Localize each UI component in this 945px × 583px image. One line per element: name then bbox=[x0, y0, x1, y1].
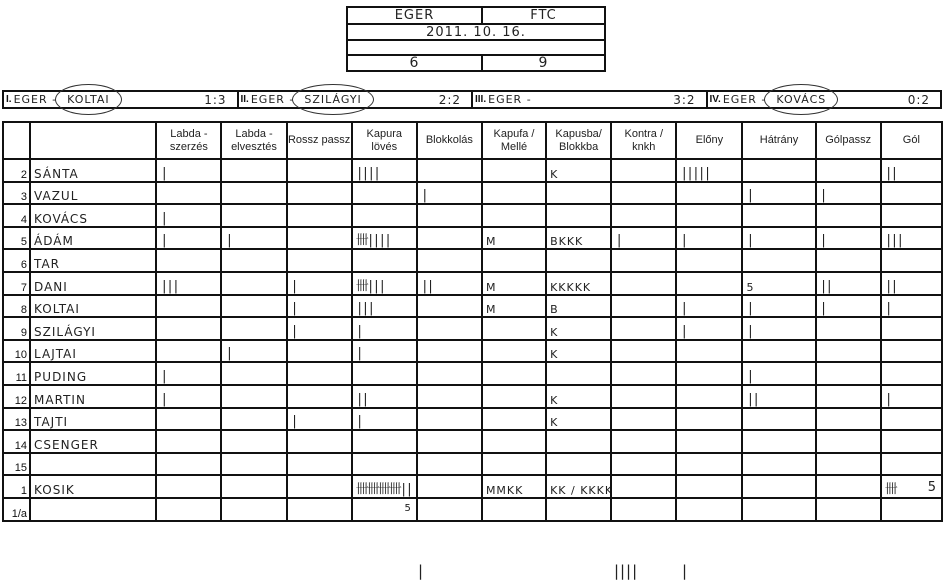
stat-cell bbox=[156, 182, 221, 205]
stat-cell: | bbox=[676, 227, 742, 250]
stat-value: | bbox=[746, 233, 752, 248]
column-header: Kapusba/ Blokkba bbox=[546, 122, 611, 159]
stat-cell: ||| bbox=[881, 227, 942, 250]
stat-cell bbox=[742, 408, 815, 431]
quarter-team: EGER - bbox=[723, 93, 767, 106]
table-row: 14CSENGER bbox=[3, 430, 942, 453]
stat-cell bbox=[221, 317, 286, 340]
stat-cell: | bbox=[287, 272, 352, 295]
stat-cell bbox=[611, 385, 676, 408]
stat-cell bbox=[287, 385, 352, 408]
stat-cell bbox=[881, 453, 942, 476]
stat-cell bbox=[352, 204, 417, 227]
stat-cell: | bbox=[156, 385, 221, 408]
stat-cell: ||| bbox=[352, 295, 417, 318]
column-header bbox=[3, 122, 30, 159]
score-row: 6 9 bbox=[348, 56, 604, 70]
under-kontra-tally: |||| bbox=[612, 562, 636, 580]
shirt-number: 10 bbox=[3, 340, 30, 363]
stat-cell bbox=[881, 498, 942, 521]
stat-cell bbox=[816, 453, 881, 476]
stat-cell bbox=[546, 204, 611, 227]
stat-cell bbox=[156, 317, 221, 340]
stat-cell bbox=[676, 453, 742, 476]
column-header: Blokkolás bbox=[417, 122, 482, 159]
stat-cell bbox=[221, 295, 286, 318]
table-row: 6TAR bbox=[3, 249, 942, 272]
stat-cell bbox=[546, 453, 611, 476]
shirt-number: 2 bbox=[3, 159, 30, 182]
stat-cell bbox=[881, 317, 942, 340]
player-name: KOSIK bbox=[30, 475, 156, 498]
stat-cell: K bbox=[546, 159, 611, 182]
stat-value: ||| bbox=[356, 301, 373, 316]
stat-cell bbox=[742, 453, 815, 476]
stat-cell: M bbox=[482, 295, 546, 318]
stat-cell bbox=[881, 408, 942, 431]
stat-value: | bbox=[160, 211, 166, 226]
stat-cell bbox=[417, 249, 482, 272]
table-row: 15 bbox=[3, 453, 942, 476]
quarter-team: EGER - bbox=[14, 93, 58, 106]
stat-cell: KKKKK bbox=[546, 272, 611, 295]
player-name: KOLTAI bbox=[30, 295, 156, 318]
column-header: Gólpassz bbox=[816, 122, 881, 159]
stat-cell bbox=[611, 408, 676, 431]
stat-value: K bbox=[550, 168, 558, 181]
stat-cell bbox=[742, 475, 815, 498]
stat-cell: K bbox=[546, 408, 611, 431]
stat-value: BKKK bbox=[550, 235, 583, 248]
stat-value: ||| bbox=[160, 279, 177, 294]
stat-cell: | bbox=[352, 340, 417, 363]
stat-value: | bbox=[746, 369, 752, 384]
stat-cell: | bbox=[742, 227, 815, 250]
stat-cell bbox=[417, 295, 482, 318]
stat-cell: | bbox=[676, 317, 742, 340]
stat-cell bbox=[611, 340, 676, 363]
stat-cell: |||| bbox=[352, 159, 417, 182]
stat-cell: | bbox=[816, 227, 881, 250]
home-score: 6 bbox=[348, 56, 481, 70]
player-name: VAZUL bbox=[30, 182, 156, 205]
stat-cell: | bbox=[816, 182, 881, 205]
stat-cell bbox=[611, 249, 676, 272]
quarter-goalkeeper: KOLTAI bbox=[61, 93, 116, 106]
table-row: 4KOVÁCS| bbox=[3, 204, 942, 227]
stat-cell bbox=[676, 249, 742, 272]
stat-cell: K bbox=[546, 385, 611, 408]
player-name: PUDING bbox=[30, 362, 156, 385]
stat-value: ||| bbox=[885, 233, 902, 248]
stat-cell bbox=[156, 295, 221, 318]
stat-value: | bbox=[160, 233, 166, 248]
stat-cell: | bbox=[742, 182, 815, 205]
stat-cell: | bbox=[742, 295, 815, 318]
quarter-scores-strip: I.EGER -KOLTAI1:3II.EGER -SZILÁGYI2:2III… bbox=[2, 90, 942, 109]
stat-cell bbox=[417, 498, 482, 521]
stat-cell bbox=[676, 340, 742, 363]
stat-value: || bbox=[356, 392, 368, 407]
shirt-number: 5 bbox=[3, 227, 30, 250]
stat-value: | bbox=[746, 301, 752, 316]
column-header: Hátrány bbox=[742, 122, 815, 159]
quarter-score: 3:2 bbox=[673, 93, 695, 107]
table-row: 10LAJTAI||K bbox=[3, 340, 942, 363]
stat-value: M bbox=[486, 235, 497, 248]
table-row: 11PUDING|| bbox=[3, 362, 942, 385]
quarter-number: IV. bbox=[710, 94, 721, 105]
stat-cell bbox=[417, 385, 482, 408]
stat-cell: MMKK bbox=[482, 475, 546, 498]
stat-cell: || bbox=[881, 272, 942, 295]
match-date: 2011. 10. 16. bbox=[348, 25, 604, 39]
stat-cell bbox=[742, 430, 815, 453]
stat-cell bbox=[417, 408, 482, 431]
match-header-box: EGER FTC 2011. 10. 16. 6 9 bbox=[346, 6, 606, 72]
stat-value: | bbox=[291, 414, 297, 429]
stat-cell bbox=[287, 159, 352, 182]
stat-cell bbox=[816, 249, 881, 272]
shirt-number: 4 bbox=[3, 204, 30, 227]
date-row: 2011. 10. 16. bbox=[348, 25, 604, 41]
stat-cell bbox=[676, 385, 742, 408]
stat-cell bbox=[156, 498, 221, 521]
quarter-goalkeeper: SZILÁGYI bbox=[298, 93, 367, 106]
shirt-number: 8 bbox=[3, 295, 30, 318]
stat-cell bbox=[611, 317, 676, 340]
stat-cell: 5 bbox=[352, 498, 417, 521]
column-header: Kapura lövés bbox=[352, 122, 417, 159]
quarter-number: III. bbox=[475, 94, 486, 105]
stat-cell bbox=[417, 362, 482, 385]
player-name: MARTIN bbox=[30, 385, 156, 408]
stat-value: || bbox=[885, 166, 897, 181]
under-elony-tally: | bbox=[680, 562, 686, 580]
quarter-2: II.EGER -SZILÁGYI2:2 bbox=[239, 92, 474, 107]
stat-value: K bbox=[550, 416, 558, 429]
stat-cell bbox=[417, 430, 482, 453]
stat-cell bbox=[287, 249, 352, 272]
stat-cell: K bbox=[546, 317, 611, 340]
stat-cell bbox=[676, 430, 742, 453]
stat-value: | bbox=[225, 346, 231, 361]
stat-cell bbox=[482, 498, 546, 521]
player-name bbox=[30, 498, 156, 521]
stat-value: K bbox=[550, 394, 558, 407]
shirt-number: 1 bbox=[3, 475, 30, 498]
stat-value: | bbox=[820, 188, 826, 203]
stat-cell: | bbox=[742, 362, 815, 385]
table-row: 1/a5 bbox=[3, 498, 942, 521]
stat-cell bbox=[287, 362, 352, 385]
stat-cell bbox=[221, 249, 286, 272]
stat-cell bbox=[482, 159, 546, 182]
stat-cell bbox=[816, 340, 881, 363]
player-stats-table: Labda - szerzésLabda - elvesztésRossz pa… bbox=[2, 121, 943, 522]
stat-cell bbox=[221, 453, 286, 476]
stat-cell bbox=[352, 182, 417, 205]
column-header: Gól bbox=[881, 122, 942, 159]
stat-cell bbox=[816, 498, 881, 521]
stat-cell bbox=[287, 227, 352, 250]
stat-cell bbox=[482, 430, 546, 453]
stat-cell bbox=[881, 340, 942, 363]
stat-value: KKKKK bbox=[550, 281, 591, 294]
quarter-goalkeeper: KOVÁCS bbox=[770, 93, 832, 106]
stat-cell: ||| bbox=[156, 272, 221, 295]
stat-cell bbox=[816, 159, 881, 182]
player-name: KOVÁCS bbox=[30, 204, 156, 227]
stat-cell: BKKK bbox=[546, 227, 611, 250]
stat-value: | bbox=[291, 324, 297, 339]
stat-cell bbox=[611, 295, 676, 318]
stat-value: | bbox=[356, 346, 362, 361]
stat-cell: 卌5 bbox=[881, 475, 942, 498]
stat-value: ||||| bbox=[680, 166, 709, 181]
stat-cell bbox=[482, 249, 546, 272]
stat-value: | bbox=[356, 414, 362, 429]
column-header: Kapufa / Mellé bbox=[482, 122, 546, 159]
stat-value: | bbox=[680, 301, 686, 316]
player-name: TAR bbox=[30, 249, 156, 272]
under-blokkolas-tally: | bbox=[416, 562, 422, 580]
stat-cell bbox=[611, 430, 676, 453]
stat-cell: KK / KKKKKKKK bbox=[546, 475, 611, 498]
stat-value: K bbox=[550, 326, 558, 339]
shirt-number: 9 bbox=[3, 317, 30, 340]
stat-cell bbox=[352, 430, 417, 453]
stat-value: 卌|||| bbox=[356, 233, 390, 248]
stat-value: K bbox=[550, 348, 558, 361]
stat-cell bbox=[482, 317, 546, 340]
stat-cell bbox=[611, 182, 676, 205]
home-team: EGER bbox=[348, 8, 481, 23]
stat-cell bbox=[156, 408, 221, 431]
stat-cell: | bbox=[352, 408, 417, 431]
player-name: SZILÁGYI bbox=[30, 317, 156, 340]
stat-cell bbox=[611, 475, 676, 498]
stat-cell bbox=[482, 408, 546, 431]
stat-value: || bbox=[885, 279, 897, 294]
stat-cell bbox=[156, 453, 221, 476]
stat-cell: | bbox=[287, 295, 352, 318]
table-header-row: Labda - szerzésLabda - elvesztésRossz pa… bbox=[3, 122, 942, 159]
stat-cell bbox=[482, 385, 546, 408]
stat-cell bbox=[417, 317, 482, 340]
stat-cell bbox=[611, 453, 676, 476]
stat-cell bbox=[221, 159, 286, 182]
stat-value: | bbox=[680, 324, 686, 339]
stat-cell bbox=[287, 453, 352, 476]
stat-cell: | bbox=[417, 182, 482, 205]
stat-value: M bbox=[486, 303, 497, 316]
stat-cell: | bbox=[881, 385, 942, 408]
table-row: 8KOLTAI||||MB|||| bbox=[3, 295, 942, 318]
stat-cell bbox=[816, 362, 881, 385]
stat-cell: | bbox=[287, 408, 352, 431]
shirt-number: 11 bbox=[3, 362, 30, 385]
stat-cell bbox=[417, 340, 482, 363]
stat-cell bbox=[287, 475, 352, 498]
stat-cell bbox=[221, 408, 286, 431]
stat-cell: M bbox=[482, 272, 546, 295]
quarter-4: IV.EGER -KOVÁCS0:2 bbox=[708, 92, 941, 107]
table-row: 5ÁDÁM||卌||||MBKKK||||||| bbox=[3, 227, 942, 250]
stat-cell bbox=[287, 182, 352, 205]
stat-cell bbox=[221, 475, 286, 498]
quarter-score: 0:2 bbox=[908, 93, 930, 107]
stat-value: | bbox=[885, 392, 891, 407]
stat-cell: ||||| bbox=[676, 159, 742, 182]
stat-value: 卌 bbox=[885, 482, 896, 497]
stat-value: | bbox=[746, 188, 752, 203]
stat-value: | bbox=[746, 324, 752, 339]
table-row: 1KOSIK卌卌卌卌||MMKKKK / KKKKKKKK卌5 bbox=[3, 475, 942, 498]
stat-value: | bbox=[160, 392, 166, 407]
stat-cell bbox=[881, 430, 942, 453]
stat-cell: | bbox=[742, 317, 815, 340]
stat-cell bbox=[287, 430, 352, 453]
stat-cell bbox=[611, 362, 676, 385]
stat-cell bbox=[482, 182, 546, 205]
stat-cell bbox=[352, 453, 417, 476]
stat-value: | bbox=[820, 301, 826, 316]
stat-cell: || bbox=[816, 272, 881, 295]
stat-cell bbox=[676, 408, 742, 431]
stat-cell bbox=[881, 249, 942, 272]
column-header: Rossz passz bbox=[287, 122, 352, 159]
stat-cell bbox=[546, 362, 611, 385]
stat-cell bbox=[546, 249, 611, 272]
table-row: 2SÁNTA|||||K||||||| bbox=[3, 159, 942, 182]
stat-cell bbox=[676, 475, 742, 498]
teams-row: EGER FTC bbox=[348, 8, 604, 25]
stat-cell bbox=[221, 204, 286, 227]
stat-cell: | bbox=[156, 204, 221, 227]
stat-cell bbox=[881, 204, 942, 227]
stat-value: MMKK bbox=[486, 484, 523, 497]
stat-cell: || bbox=[881, 159, 942, 182]
stat-cell bbox=[816, 408, 881, 431]
shirt-number: 13 bbox=[3, 408, 30, 431]
stat-value: | bbox=[820, 233, 826, 248]
stat-cell bbox=[676, 182, 742, 205]
stat-value: | bbox=[160, 166, 166, 181]
stat-cell bbox=[221, 430, 286, 453]
player-name: LAJTAI bbox=[30, 340, 156, 363]
stat-value: |||| bbox=[356, 166, 379, 181]
stat-cell bbox=[221, 362, 286, 385]
stat-cell bbox=[352, 362, 417, 385]
stat-cell bbox=[417, 159, 482, 182]
stat-cell: | bbox=[881, 295, 942, 318]
quarter-number: II. bbox=[241, 94, 249, 105]
quarter-1: I.EGER -KOLTAI1:3 bbox=[4, 92, 239, 107]
stat-value: || bbox=[820, 279, 832, 294]
table-row: 12MARTIN|||K||| bbox=[3, 385, 942, 408]
stat-cell bbox=[611, 159, 676, 182]
stat-cell bbox=[881, 182, 942, 205]
stat-value: || bbox=[421, 279, 433, 294]
stat-value: | bbox=[680, 233, 686, 248]
stat-value: | bbox=[225, 233, 231, 248]
away-score: 9 bbox=[483, 56, 604, 70]
stat-cell bbox=[417, 204, 482, 227]
column-header: Kontra / knkh bbox=[611, 122, 676, 159]
quarter-score: 1:3 bbox=[204, 93, 226, 107]
shirt-number: 6 bbox=[3, 249, 30, 272]
shirt-number: 14 bbox=[3, 430, 30, 453]
stat-value: M bbox=[486, 281, 497, 294]
quarter-score: 2:2 bbox=[439, 93, 461, 107]
stat-value: 5 bbox=[746, 281, 754, 294]
stat-cell bbox=[156, 340, 221, 363]
stat-cell: | bbox=[816, 295, 881, 318]
quarter-team: EGER - bbox=[488, 93, 532, 106]
stat-cell: 5 bbox=[742, 272, 815, 295]
stat-cell bbox=[742, 159, 815, 182]
shirt-number: 15 bbox=[3, 453, 30, 476]
column-header bbox=[30, 122, 156, 159]
stat-value: 卌卌卌卌|| bbox=[356, 482, 412, 497]
quarter-team: EGER - bbox=[251, 93, 295, 106]
column-header: Labda - szerzés bbox=[156, 122, 221, 159]
stat-cell: | bbox=[221, 227, 286, 250]
stat-value: | bbox=[356, 324, 362, 339]
stat-cell bbox=[676, 204, 742, 227]
shirt-number: 1/a bbox=[3, 498, 30, 521]
stat-cell bbox=[352, 249, 417, 272]
stat-value: | bbox=[160, 369, 166, 384]
stat-cell bbox=[742, 249, 815, 272]
stat-cell bbox=[482, 362, 546, 385]
column-header: Előny bbox=[676, 122, 742, 159]
stat-cell: B bbox=[546, 295, 611, 318]
shirt-number: 7 bbox=[3, 272, 30, 295]
stat-cell: | bbox=[221, 340, 286, 363]
quarter-3: III.EGER -3:2 bbox=[473, 92, 708, 107]
stat-cell: M bbox=[482, 227, 546, 250]
shirt-number: 3 bbox=[3, 182, 30, 205]
kosik-goal-note: 5 bbox=[928, 480, 937, 495]
stat-value: | bbox=[885, 301, 891, 316]
stat-cell bbox=[221, 498, 286, 521]
stat-value: 卌||| bbox=[356, 279, 384, 294]
stat-cell bbox=[221, 272, 286, 295]
stat-cell bbox=[546, 498, 611, 521]
stat-cell bbox=[221, 182, 286, 205]
stat-value: | bbox=[291, 279, 297, 294]
stat-cell: | bbox=[611, 227, 676, 250]
player-name: CSENGER bbox=[30, 430, 156, 453]
player-name bbox=[30, 453, 156, 476]
stat-cell: K bbox=[546, 340, 611, 363]
stat-cell: | bbox=[156, 362, 221, 385]
stat-cell bbox=[417, 453, 482, 476]
stat-cell bbox=[816, 204, 881, 227]
player-name: TAJTI bbox=[30, 408, 156, 431]
stat-cell bbox=[546, 182, 611, 205]
stat-cell bbox=[742, 340, 815, 363]
stat-cell: 卌||| bbox=[352, 272, 417, 295]
stat-cell bbox=[156, 475, 221, 498]
stat-cell: || bbox=[352, 385, 417, 408]
column-header: Labda - elvesztés bbox=[221, 122, 286, 159]
stat-cell: || bbox=[742, 385, 815, 408]
stat-value: || bbox=[746, 392, 758, 407]
stat-value: | bbox=[421, 188, 427, 203]
